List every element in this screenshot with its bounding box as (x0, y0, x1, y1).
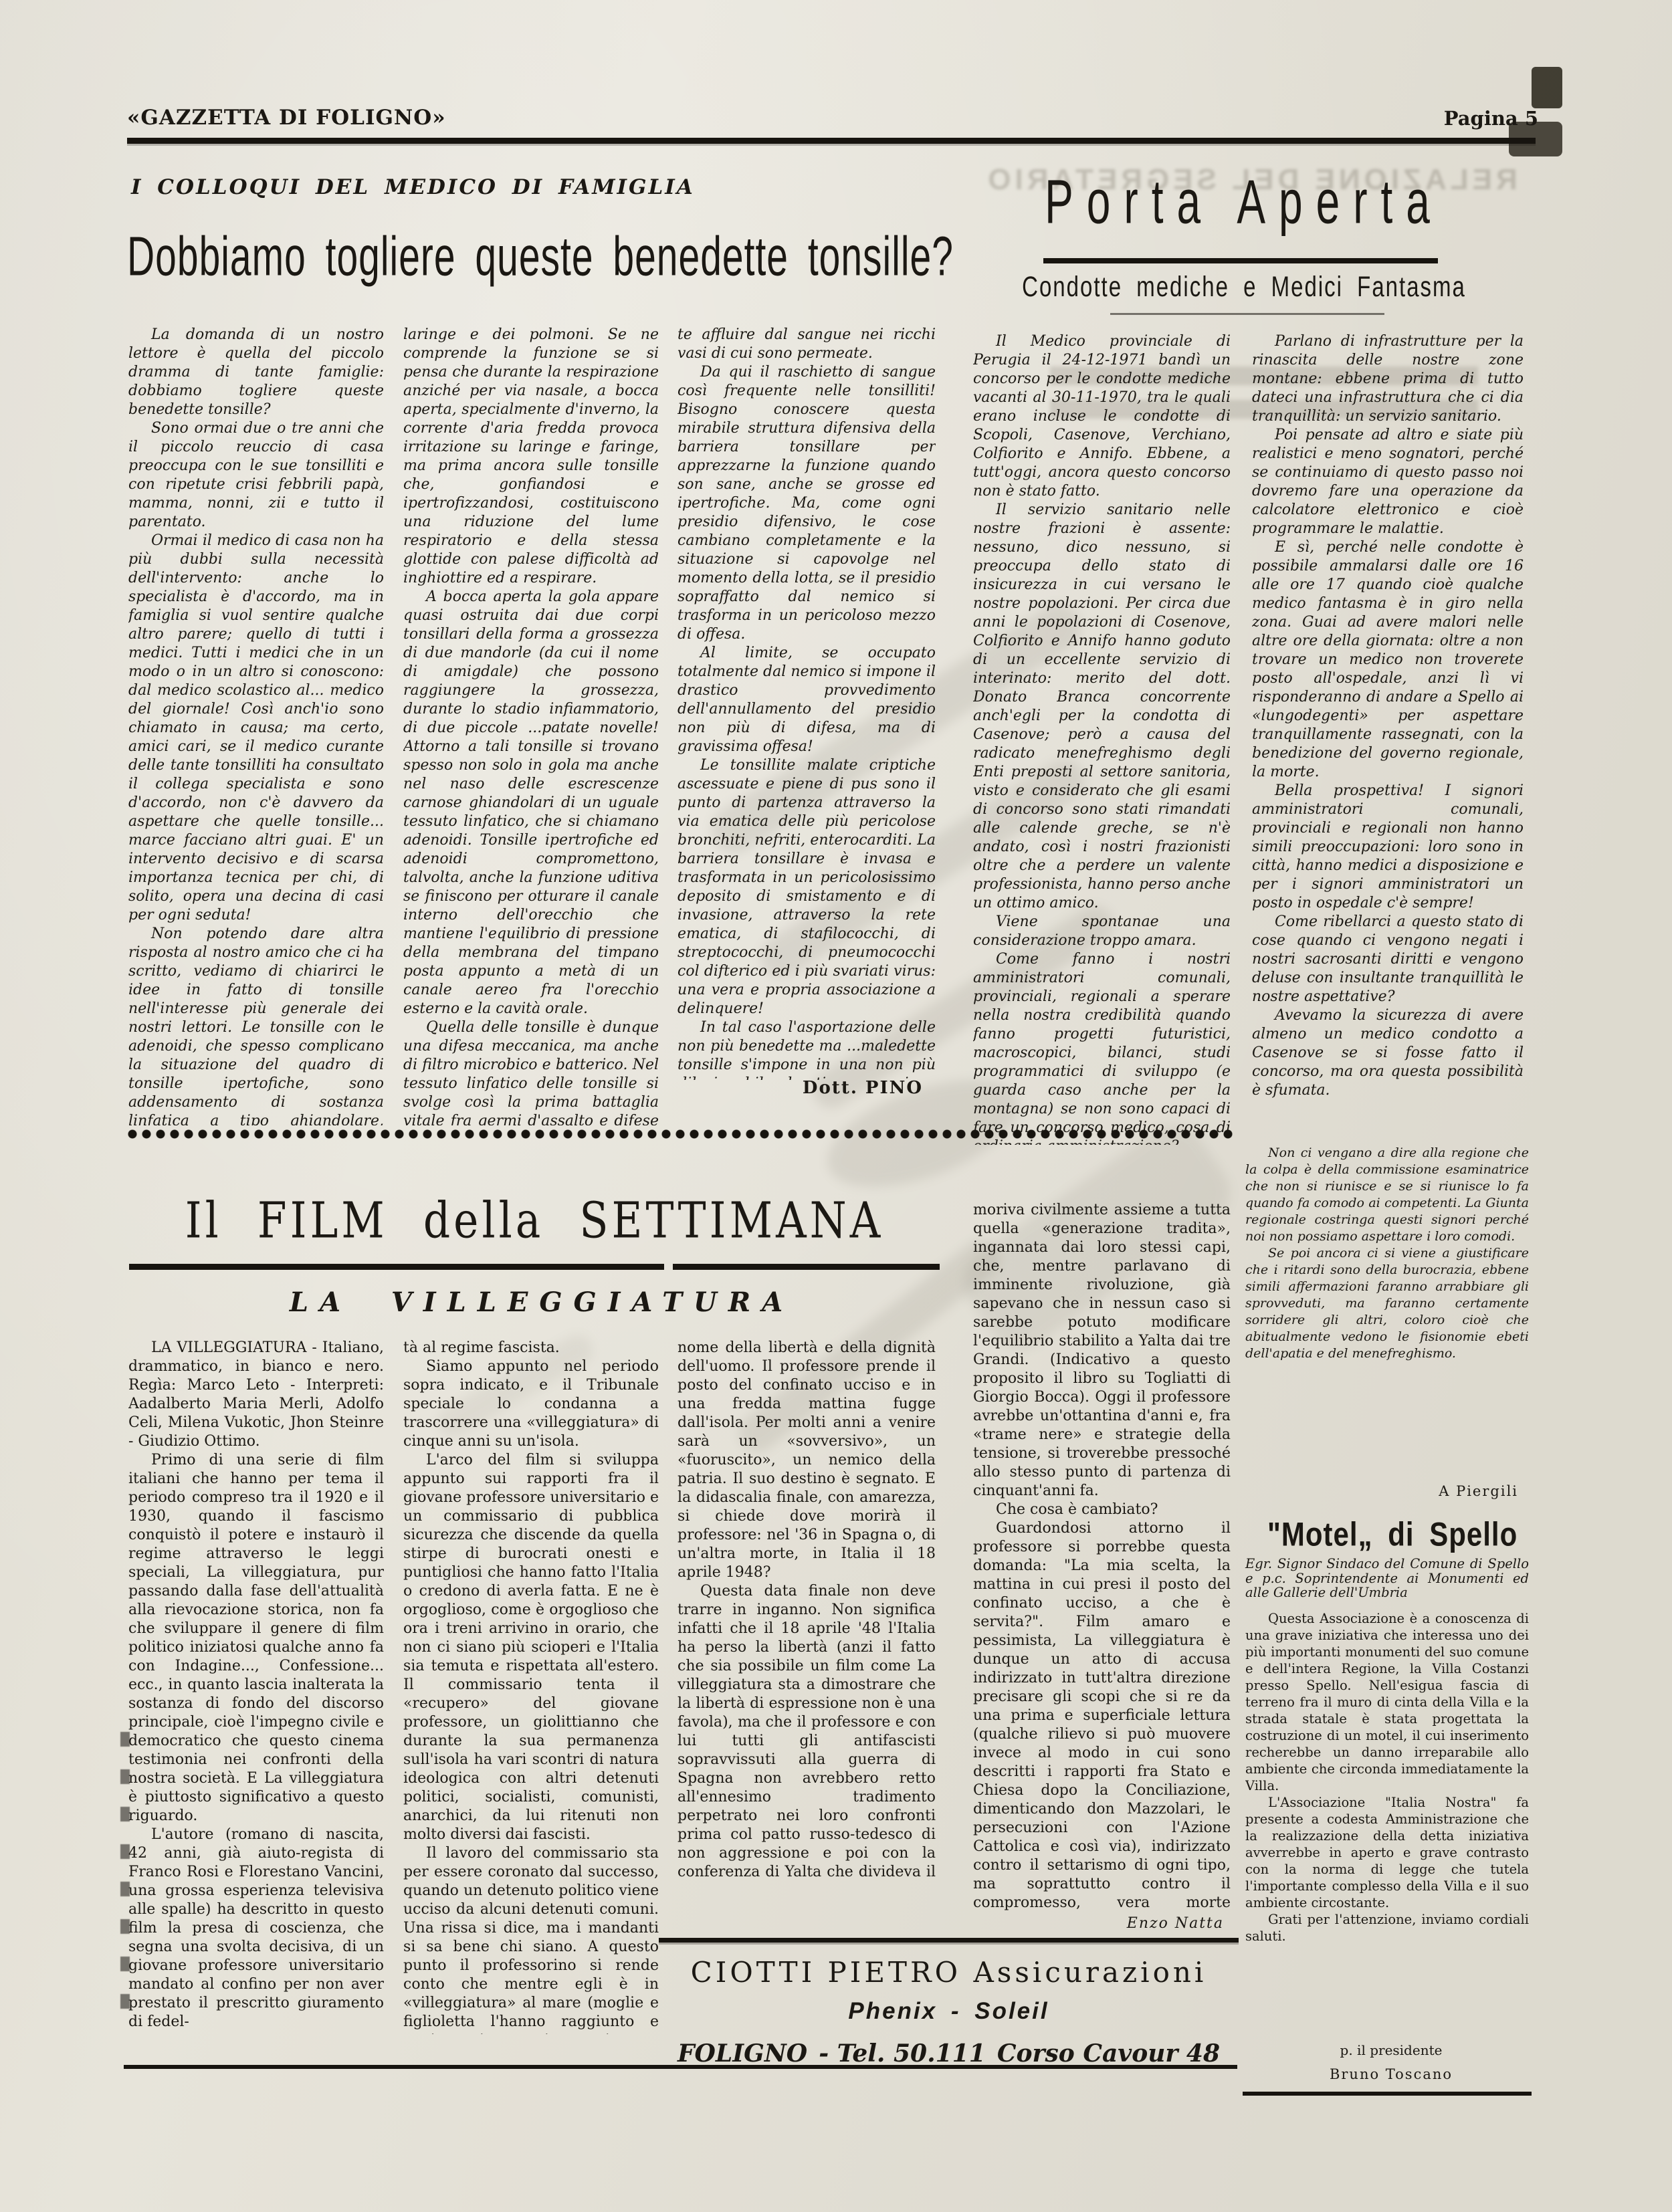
porta-aperta-rule (1043, 258, 1438, 263)
porta-aperta-signature: A Piergili (1344, 1483, 1518, 1499)
motel-letter-salutation: Egr. Signor Sindaco del Comune di Spello… (1245, 1557, 1529, 1600)
paragraph: E sì, perché nelle condotte è possibile … (1252, 538, 1524, 782)
dotted-separator (127, 1129, 1237, 1139)
paragraph: Avevamo la sicurezza di avere almeno un … (1252, 1006, 1524, 1100)
film-section-title: Il FILM della SETTIMANA (129, 1192, 940, 1240)
paragraph: Come ribellarci a questo stato di cose q… (1252, 913, 1524, 1006)
paragraph: Parlano di infrastrutture per la rinasci… (1252, 332, 1524, 426)
article-kicker: I COLLOQUI DEL MEDICO DI FAMIGLIA (131, 175, 695, 199)
porta-aperta-column-1: Il Medico provinciale di Perugia il 24-1… (973, 332, 1231, 1145)
motel-letter-sign-role: p. il presidente (1304, 2042, 1478, 2058)
film-review-signature: Enzo Natta (1023, 1915, 1224, 1932)
film-review-column-3: nome della libertà e della dignità dell'… (677, 1339, 936, 1879)
paragraph: Non potendo dare altra risposta al nostr… (128, 925, 384, 1125)
paragraph: Che cosa è cambiato? (973, 1501, 1231, 1519)
paragraph: La domanda di un nostro lettore è quella… (128, 326, 384, 419)
paragraph: Il Medico provinciale di Perugia il 24-1… (973, 332, 1231, 501)
paragraph: Quella delle tonsille è dunque una difes… (403, 1018, 659, 1125)
film-title: LA VILLEGGIATURA (127, 1287, 956, 1318)
paragraph: Questa data finale non deve trarre in in… (677, 1582, 936, 1879)
film-title-rule (673, 1264, 940, 1270)
paragraph: LA VILLEGGIATURA - Italiano, drammatico,… (128, 1339, 384, 1451)
paragraph: Poi pensate ad altro e siate più realist… (1252, 426, 1524, 538)
motel-letter-sign-name: Bruno Toscano (1304, 2066, 1478, 2082)
porta-aperta-continuation: Non ci vengano a dire alla regione che l… (1245, 1145, 1529, 1484)
paragraph: A bocca aperta la gola appare quasi ostr… (403, 588, 659, 1018)
film-title-rule (129, 1264, 664, 1270)
porta-aperta-subtitle-text: Condotte mediche e Medici Fantasma (1022, 270, 1466, 303)
porta-aperta-title: Porta Aperta (958, 166, 1530, 215)
paragraph: Bella prospettiva! I signori amministrat… (1252, 782, 1524, 913)
porta-aperta-subtitle: Condotte mediche e Medici Fantasma (958, 270, 1530, 296)
bottom-rule-left (124, 2065, 1237, 2069)
paragraph: Non ci vengano a dire alla regione che l… (1245, 1145, 1529, 1245)
paragraph: Primo di una serie di film italiani che … (128, 1451, 384, 1826)
paragraph: Al limite, se occupato totalmente dal ne… (677, 644, 936, 756)
porta-aperta-column-2: Parlano di infrastrutture per la rinasci… (1252, 332, 1524, 1145)
newspaper-page: RELAZIONE DEL SEGRETARIO «GAZZETTA DI FO… (0, 0, 1672, 2212)
ad-phone: - Tel. 50.111 (819, 2039, 986, 2068)
paragraph: Se poi ancora ci si viene a giustificare… (1245, 1245, 1529, 1362)
masthead: «GAZZETTA DI FOLIGNO» (127, 106, 446, 130)
tonsil-article-column-2: laringe e dei polmoni. Se ne comprende l… (403, 326, 659, 1125)
paragraph: nome della libertà e della dignità dell'… (677, 1339, 936, 1582)
paragraph: moriva civilmente assieme a tutta quella… (973, 1201, 1231, 1501)
paragraph: Viene spontanae una considerazione tropp… (973, 913, 1231, 950)
ad-company-name: CIOTTI PIETRO Assicurazioni (659, 1956, 1239, 1989)
paragraph: Il servizio sanitario nelle nostre frazi… (973, 501, 1231, 913)
paragraph: L'autore (romano di nascita, 42 anni, gi… (128, 1826, 384, 2031)
header-rule (127, 138, 1536, 144)
paragraph: laringe e dei polmoni. Se ne comprende l… (403, 326, 659, 588)
paragraph: Come fanno i nostri amministratori comun… (973, 950, 1231, 1145)
bottom-rule-right (1243, 2092, 1532, 2096)
paragraph: Da qui il raschietto di sangue così freq… (677, 363, 936, 644)
headline-text: Dobbiamo togliere queste benedette tonsi… (127, 225, 954, 289)
ad-contact-row: FOLIGNO - Tel. 50.111 Corso Cavour 48 (659, 2039, 1239, 2068)
ink-blot (1532, 67, 1562, 108)
porta-aperta-title-text: Porta Aperta (1045, 166, 1443, 237)
tonsil-article-column-3: te affluire dal sangue nei ricchi vasi d… (677, 326, 936, 1080)
article-headline: Dobbiamo togliere queste benedette tonsi… (127, 225, 963, 269)
tonsil-article-column-1: La domanda di un nostro lettore è quella… (128, 326, 384, 1125)
film-section-title-text: Il FILM della SETTIMANA (185, 1192, 883, 1249)
paragraph: Guardondosi attorno il professore si por… (973, 1519, 1231, 1911)
motel-letter-body: Questa Associazione è a conoscenza di un… (1245, 1610, 1529, 2038)
film-review-column-2: tà al regime fascista.Siamo appunto nel … (403, 1339, 659, 2034)
ad-brand: Phenix - Soleil (659, 1998, 1239, 2025)
ad-city: FOLIGNO (677, 2039, 807, 2068)
film-review-column-1: LA VILLEGGIATURA - Italiano, drammatico,… (128, 1339, 384, 2034)
film-review-column-4: moriva civilmente assieme a tutta quella… (973, 1201, 1231, 1911)
paragraph: Le tonsillite malate criptiche ascessuat… (677, 756, 936, 1018)
paragraph: Sono ormai due o tre anni che il piccolo… (128, 419, 384, 532)
paragraph: Ormai il medico di casa non ha più dubbi… (128, 532, 384, 925)
tonsil-article-signature: Dott. PINO (789, 1078, 936, 1098)
page-number: Pagina 5 (1364, 107, 1538, 130)
ad-top-rule (659, 1938, 1239, 1943)
ad-address: Corso Cavour 48 (997, 2039, 1220, 2068)
paragraph: tà al regime fascista. (403, 1339, 659, 1357)
paragraph: Grati per l'attenzione, inviamo cordiali… (1245, 1911, 1529, 1945)
paragraph: Questa Associazione è a conoscenza di un… (1245, 1610, 1529, 1794)
advertisement: CIOTTI PIETRO Assicurazioni Phenix - Sol… (659, 1938, 1239, 2068)
paragraph: Il lavoro del commissario sta per essere… (403, 1844, 659, 2034)
motel-letter-title: "Motel„ di Spello (1267, 1515, 1535, 1547)
paragraph: L'arco del film si sviluppa appunto sui … (403, 1451, 659, 1844)
paragraph: In tal caso l'asportazione delle non più… (677, 1018, 936, 1080)
paragraph: Siamo appunto nel periodo sopra indicato… (403, 1357, 659, 1451)
paragraph: L'Associazione "Italia Nostra" fa presen… (1245, 1794, 1529, 1911)
paragraph: te affluire dal sangue nei ricchi vasi d… (677, 326, 936, 363)
motel-letter-title-text: "Motel„ di Spello (1267, 1515, 1518, 1554)
porta-aperta-thin-rule (1110, 313, 1384, 315)
